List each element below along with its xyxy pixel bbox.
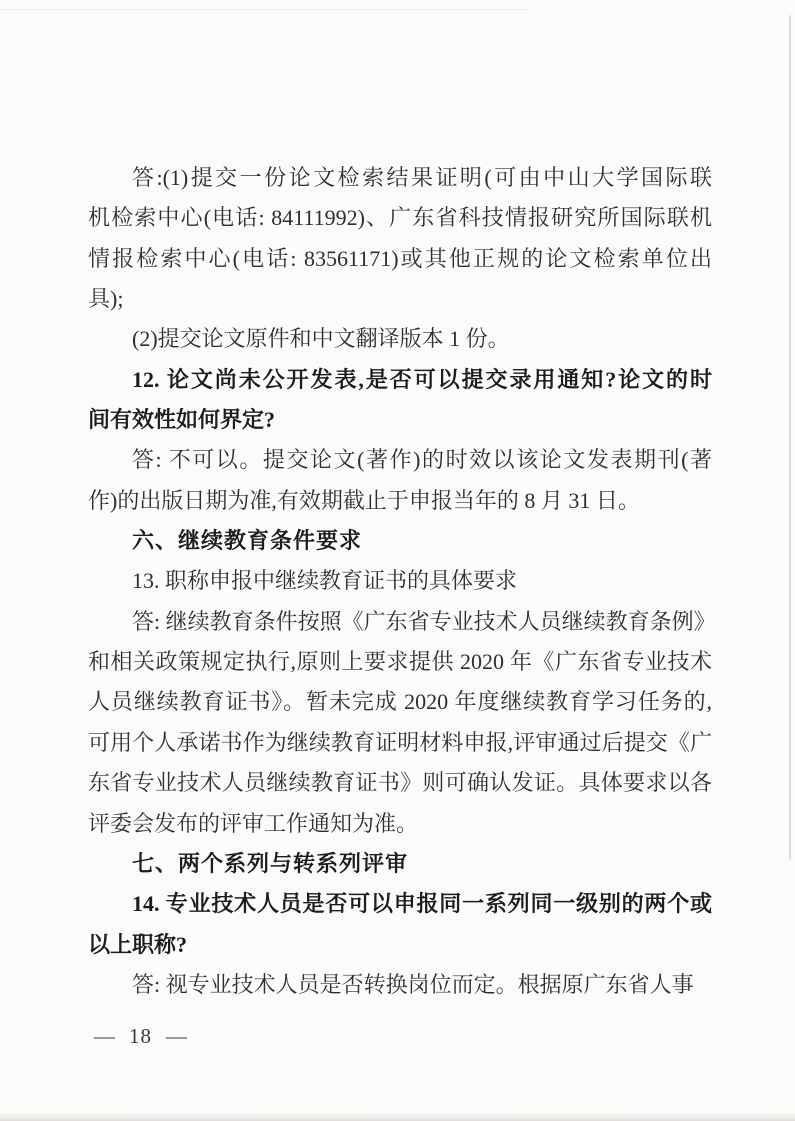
text-line: 可用个人承诺书作为继续教育证明材料申报,评审通过后提交《广 (88, 723, 712, 763)
scan-artifact-top-edge (0, 9, 530, 10)
paragraph-body: 答:(1)提交一份论文检索结果证明(可由中山大学国际联机检索中心(电话: 841… (88, 158, 712, 319)
paragraph-question: 14. 专业技术人员是否可以申报同一系列同一级别的两个或以上职称? (88, 884, 712, 965)
text-line: 机检索中心(电话: 84111992)、广东省科技情报研究所国际联机 (88, 198, 712, 238)
paragraph-section: 六、继续教育条件要求 (88, 521, 712, 561)
page-number-dash-right: — (166, 1024, 187, 1049)
text-line: 东省专业技术人员继续教育证书》则可确认发证。具体要求以各 (88, 763, 712, 803)
text-line: 12. 论文尚未公开发表,是否可以提交录用通知?论文的时 (88, 360, 712, 400)
text-line: 七、两个系列与转系列评审 (88, 844, 712, 884)
text-line: 14. 专业技术人员是否可以申报同一系列同一级别的两个或 (88, 884, 712, 924)
scanned-document-page: { "colors": { "ink": "#2e2e2e", "ink_bol… (0, 0, 795, 1121)
text-line: 答: 视专业技术人员是否转换岗位而定。根据原广东省人事 (88, 965, 712, 1005)
text-line: 具); (88, 279, 712, 319)
text-line: 人员继续教育证书》。暂未完成 2020 年度继续教育学习任务的, (88, 682, 712, 722)
paragraph-body: 答: 不可以。提交论文(著作)的时效以该论文发表期刊(著作)的出版日期为准,有效… (88, 440, 712, 521)
scan-artifact-right-edge (789, 15, 791, 860)
text-line: (2)提交论文原件和中文翻译版本 1 份。 (88, 319, 712, 359)
text-line: 评委会发布的评审工作通知为准。 (88, 804, 712, 844)
text-line: 13. 职称申报中继续教育证书的具体要求 (88, 561, 712, 601)
text-line: 以上职称? (88, 925, 712, 965)
text-line: 六、继续教育条件要求 (88, 521, 712, 561)
document-page: 答:(1)提交一份论文检索结果证明(可由中山大学国际联机检索中心(电话: 841… (0, 0, 795, 1121)
text-line: 间有效性如何界定? (88, 400, 712, 440)
text-line: 作)的出版日期为准,有效期截止于申报当年的 8 月 31 日。 (88, 481, 712, 521)
paragraph-body: 13. 职称申报中继续教育证书的具体要求 (88, 561, 712, 601)
text-line: 和相关政策规定执行,原则上要求提供 2020 年《广东省专业技术 (88, 642, 712, 682)
text-line: 答: 不可以。提交论文(著作)的时效以该论文发表期刊(著 (88, 440, 712, 480)
document-body: 答:(1)提交一份论文检索结果证明(可由中山大学国际联机检索中心(电话: 841… (88, 158, 712, 1005)
text-line: 情报检索中心(电话: 83561171)或其他正规的论文检索单位出 (88, 239, 712, 279)
text-line: 答: 继续教育条件按照《广东省专业技术人员继续教育条例》 (88, 602, 712, 642)
page-number-dash-left: — (94, 1024, 115, 1049)
scan-artifact-bottom-edge (0, 1112, 795, 1121)
paragraph-body: (2)提交论文原件和中文翻译版本 1 份。 (88, 319, 712, 359)
text-line: 答:(1)提交一份论文检索结果证明(可由中山大学国际联 (88, 158, 712, 198)
paragraph-section: 七、两个系列与转系列评审 (88, 844, 712, 884)
page-number-value: 18 (129, 1024, 152, 1049)
page-number: — 18 — (94, 1024, 187, 1049)
paragraph-body: 答: 视专业技术人员是否转换岗位而定。根据原广东省人事 (88, 965, 712, 1005)
paragraph-body: 答: 继续教育条件按照《广东省专业技术人员继续教育条例》和相关政策规定执行,原则… (88, 602, 712, 844)
paragraph-question: 12. 论文尚未公开发表,是否可以提交录用通知?论文的时间有效性如何界定? (88, 360, 712, 441)
